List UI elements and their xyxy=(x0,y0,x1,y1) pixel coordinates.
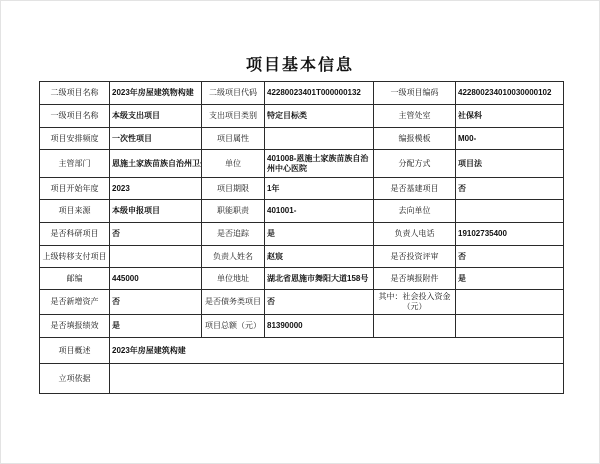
table-row: 项目概述 2023年房屋建筑构建 xyxy=(40,338,564,364)
project-info-table: 二级项目名称 2023年房屋建筑物构建 二级项目代码 42280023401T0… xyxy=(39,81,564,394)
field-label: 项目来源 xyxy=(40,200,110,223)
table-row: 二级项目名称 2023年房屋建筑物构建 二级项目代码 42280023401T0… xyxy=(40,82,564,105)
field-value xyxy=(110,246,202,268)
field-label: 是否填报绩效 xyxy=(40,315,110,338)
field-label: 是否基建项目 xyxy=(374,178,456,200)
field-value xyxy=(456,200,564,223)
document-page: 项目基本信息 二级项目名称 2023年房屋建筑物构建 二级项目代码 422800… xyxy=(0,0,600,464)
field-label: 职能职责 xyxy=(202,200,265,223)
field-label: 上级转移支付项目 xyxy=(40,246,110,268)
field-label xyxy=(374,315,456,338)
field-label: 一级项目编码 xyxy=(374,82,456,105)
field-value: 特定目标类 xyxy=(265,105,374,128)
field-value xyxy=(265,128,374,150)
table-row: 项目来源 本级申报项目 职能职责 401001- 去向单位 xyxy=(40,200,564,223)
field-value: 否 xyxy=(456,246,564,268)
field-value: 401008-恩施土家族苗族自治州中心医院 xyxy=(265,150,374,178)
field-value: 401001- xyxy=(265,200,374,223)
field-label: 项目期限 xyxy=(202,178,265,200)
field-label: 是否科研项目 xyxy=(40,223,110,246)
field-label: 项目概述 xyxy=(40,338,110,364)
field-value: 赵宸 xyxy=(265,246,374,268)
field-label: 是否债务类项目 xyxy=(202,290,265,315)
field-label: 二级项目名称 xyxy=(40,82,110,105)
field-label: 邮编 xyxy=(40,268,110,290)
table-row: 项目安排频度 一次性项目 项目属性 编报模板 M00- xyxy=(40,128,564,150)
field-label: 其中：社会投入资金（元） xyxy=(374,290,456,315)
field-label: 支出项目类别 xyxy=(202,105,265,128)
field-label: 是否新增资产 xyxy=(40,290,110,315)
table-row: 邮编 445000 单位地址 湖北省恩施市舞阳大道158号 是否填报附件 是 xyxy=(40,268,564,290)
table-row: 一级项目名称 本级支出项目 支出项目类别 特定目标类 主管处室 社保科 xyxy=(40,105,564,128)
field-value: 2023年房屋建筑物构建 xyxy=(110,82,202,105)
field-value: 19102735400 xyxy=(456,223,564,246)
field-value: 445000 xyxy=(110,268,202,290)
field-label: 负责人电话 xyxy=(374,223,456,246)
table-row: 立项依据 xyxy=(40,364,564,394)
field-value: 否 xyxy=(456,178,564,200)
field-value: 2023 xyxy=(110,178,202,200)
field-label: 项目开始年度 xyxy=(40,178,110,200)
field-value: 湖北省恩施市舞阳大道158号 xyxy=(265,268,374,290)
field-label: 分配方式 xyxy=(374,150,456,178)
field-value: 本级支出项目 xyxy=(110,105,202,128)
field-value: 是 xyxy=(456,268,564,290)
table-row: 是否科研项目 否 是否追踪 是 负责人电话 19102735400 xyxy=(40,223,564,246)
field-value xyxy=(456,315,564,338)
field-label: 单位地址 xyxy=(202,268,265,290)
table-row: 上级转移支付项目 负责人姓名 赵宸 是否投资评审 否 xyxy=(40,246,564,268)
field-label: 单位 xyxy=(202,150,265,178)
field-label: 主管处室 xyxy=(374,105,456,128)
field-value: 恩施土家族苗族自治州卫生健 xyxy=(110,150,202,178)
field-label: 去向单位 xyxy=(374,200,456,223)
field-value: 2023年房屋建筑构建 xyxy=(110,338,564,364)
field-label: 主管部门 xyxy=(40,150,110,178)
field-value xyxy=(456,290,564,315)
field-value: 否 xyxy=(265,290,374,315)
field-label: 一级项目名称 xyxy=(40,105,110,128)
field-label: 编报模板 xyxy=(374,128,456,150)
field-value: 422800234010030000102 xyxy=(456,82,564,105)
field-value: 本级申报项目 xyxy=(110,200,202,223)
field-value: 1年 xyxy=(265,178,374,200)
field-value: 42280023401T000000132 xyxy=(265,82,374,105)
field-label: 立项依据 xyxy=(40,364,110,394)
field-value: 一次性项目 xyxy=(110,128,202,150)
table-row: 是否填报绩效 是 项目总额（元） 81390000 xyxy=(40,315,564,338)
field-value: 否 xyxy=(110,223,202,246)
field-label: 是否追踪 xyxy=(202,223,265,246)
field-label: 项目属性 xyxy=(202,128,265,150)
field-label: 是否投资评审 xyxy=(374,246,456,268)
field-label: 项目总额（元） xyxy=(202,315,265,338)
field-label: 负责人姓名 xyxy=(202,246,265,268)
field-value: 否 xyxy=(110,290,202,315)
field-label: 二级项目代码 xyxy=(202,82,265,105)
field-value: 社保科 xyxy=(456,105,564,128)
field-value: 是 xyxy=(110,315,202,338)
field-value: 是 xyxy=(265,223,374,246)
field-value: 81390000 xyxy=(265,315,374,338)
field-label: 项目安排频度 xyxy=(40,128,110,150)
table-row: 是否新增资产 否 是否债务类项目 否 其中：社会投入资金（元） xyxy=(40,290,564,315)
table-row: 项目开始年度 2023 项目期限 1年 是否基建项目 否 xyxy=(40,178,564,200)
page-title: 项目基本信息 xyxy=(1,52,599,75)
field-value: 项目法 xyxy=(456,150,564,178)
field-value xyxy=(110,364,564,394)
table-row: 主管部门 恩施土家族苗族自治州卫生健 单位 401008-恩施土家族苗族自治州中… xyxy=(40,150,564,178)
field-label: 是否填报附件 xyxy=(374,268,456,290)
field-value: M00- xyxy=(456,128,564,150)
